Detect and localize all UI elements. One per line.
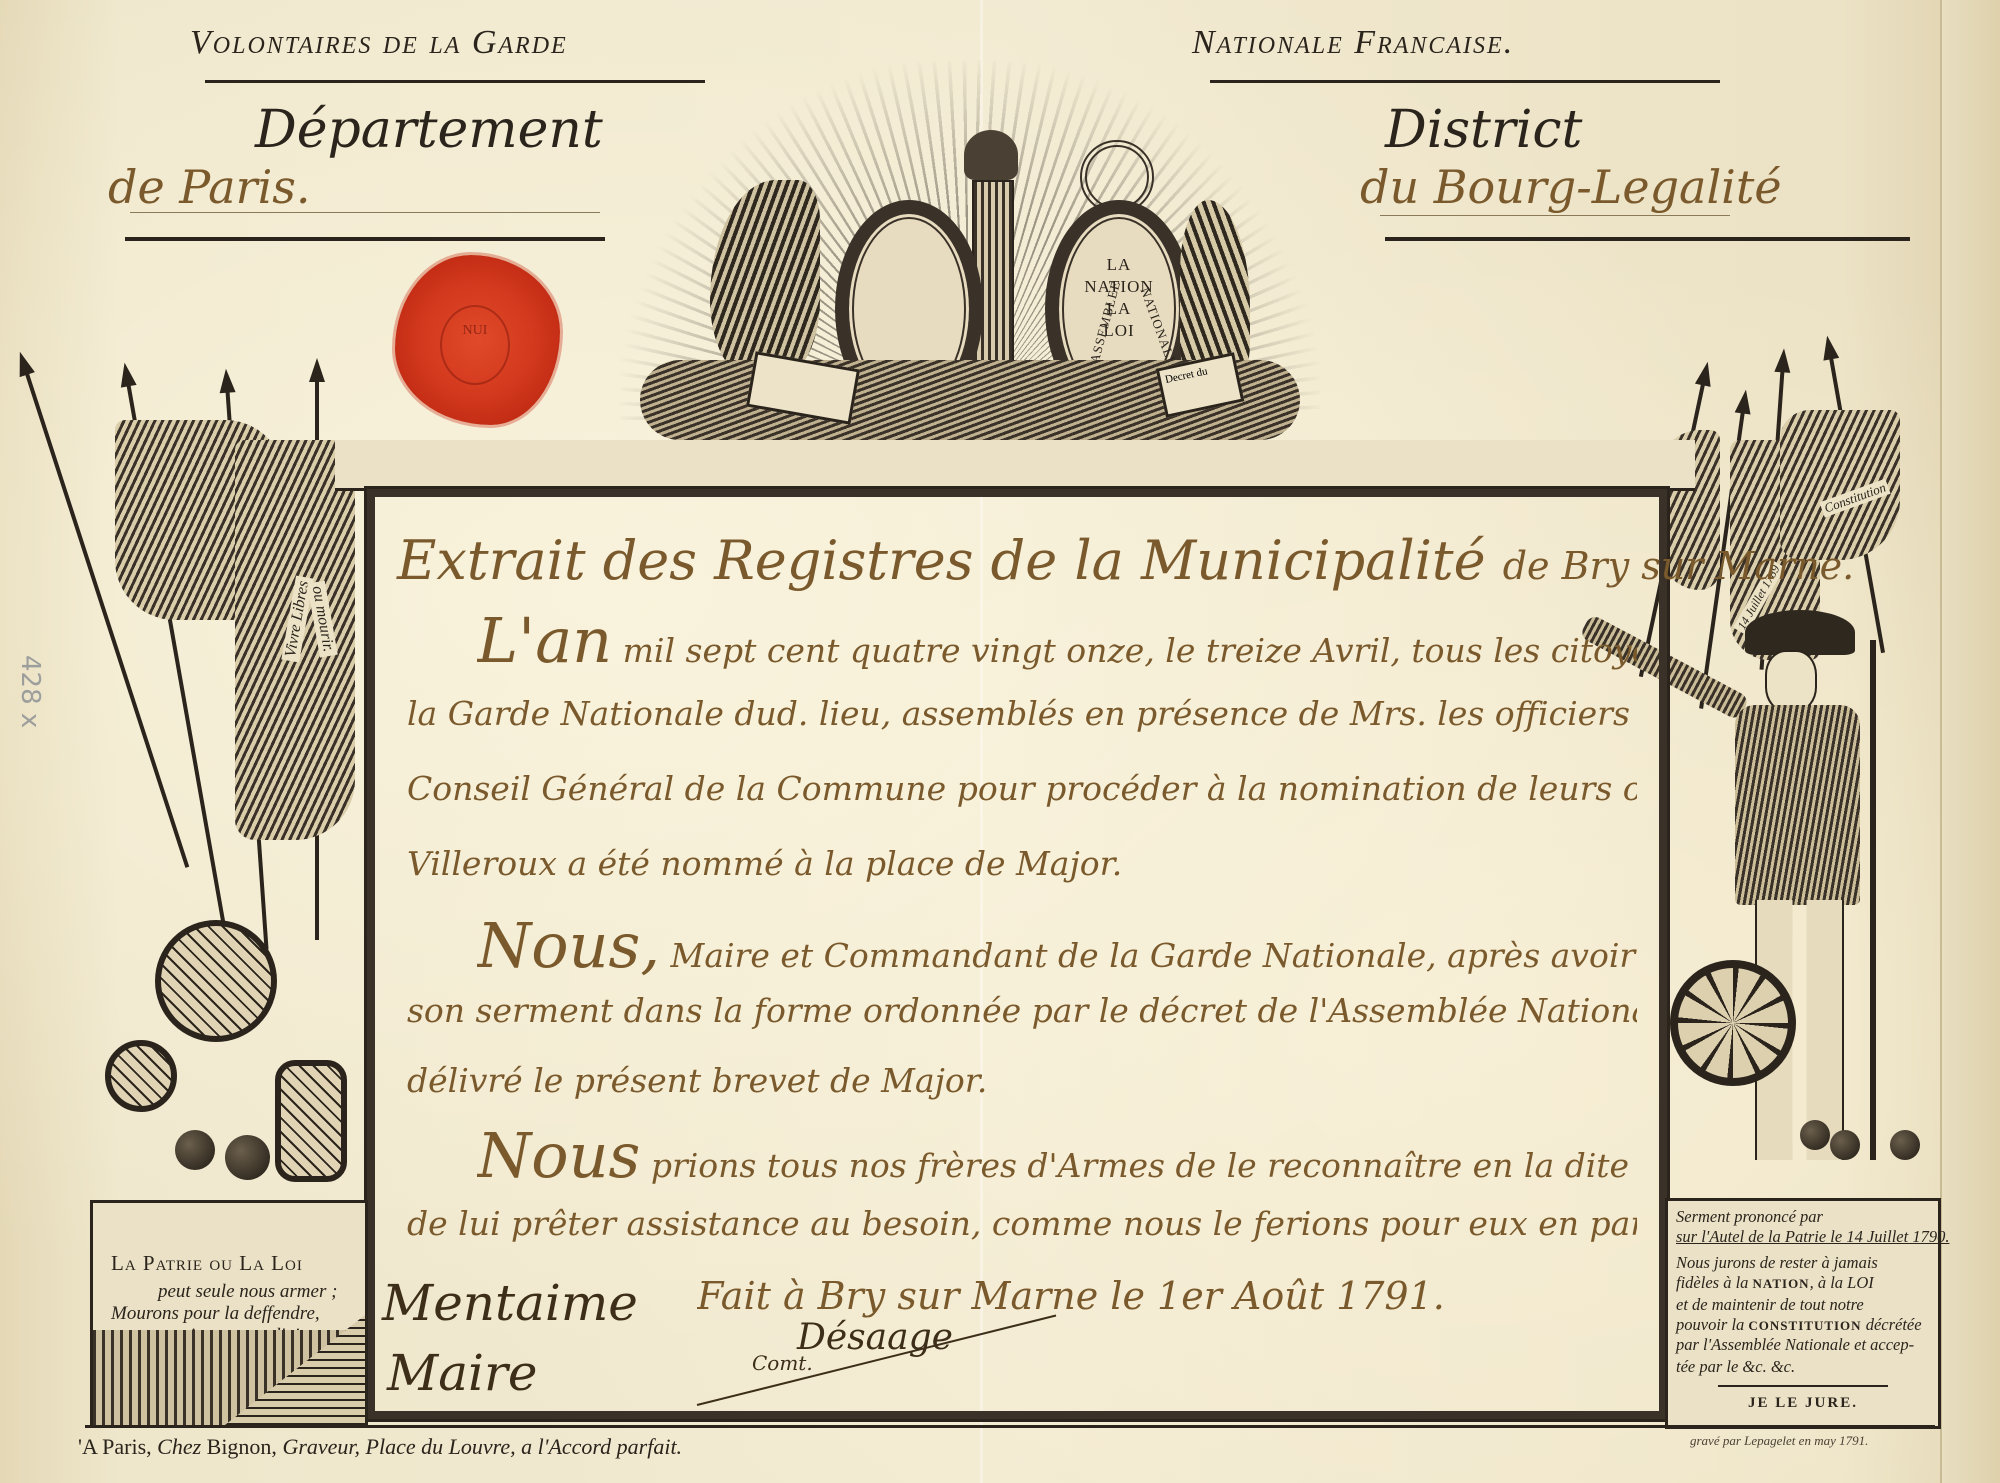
header-title-left: Volontaires de la Garde xyxy=(190,24,568,62)
cannonball-icon xyxy=(225,1135,270,1180)
vignette-line-1: peut seule nous armer ; xyxy=(158,1281,337,1303)
signature-commandant: Désaage xyxy=(797,1317,953,1358)
serment-line-2: fidèles à la NATION, à la LOI xyxy=(1676,1273,1932,1293)
drum-icon xyxy=(155,920,277,1042)
district-value: du Bourg-Legalité xyxy=(1360,160,1782,214)
bicorne-hat-icon xyxy=(1745,610,1855,655)
cartouche-ledge xyxy=(335,440,1695,491)
serment-line-4: pouvoir la CONSTITUTION décrétée xyxy=(1676,1315,1932,1335)
oath-je-le-jure: JE LE JURE. xyxy=(1668,1395,1938,1412)
serment-line-6: tée par le &c. &c. xyxy=(1676,1357,1932,1377)
signature-commandant-title: Comt. xyxy=(752,1351,813,1375)
serment-heading-1: Serment prononcé par xyxy=(1676,1207,1932,1227)
cannonball-icon xyxy=(1890,1130,1920,1160)
certificate-text-frame: Extrait des Registres de la Municipalité… xyxy=(364,486,1670,1422)
paper-edge-strip xyxy=(1940,0,2000,1483)
signature-mayor: Mentaime xyxy=(382,1274,638,1332)
bucket-icon xyxy=(275,1060,347,1182)
departement-label: Département xyxy=(255,100,603,160)
musket-icon xyxy=(1870,640,1876,1160)
signature-mayor-title: Maire xyxy=(387,1344,538,1402)
vignette-line-2: Mourons pour la deffendre, xyxy=(111,1303,320,1325)
body-line-3: Conseil Général de la Commune pour procé… xyxy=(407,769,1637,808)
body-line-6: son serment dans la forme ordonnée par l… xyxy=(407,991,1637,1030)
departement-value: de Paris. xyxy=(108,160,311,214)
closing-place-date: Fait à Bry sur Marne le 1er Août 1791. xyxy=(697,1274,1637,1318)
pencil-margin-note: 428 x xyxy=(15,655,45,728)
body-line-1: L'an mil sept cent quatre vingt onze, le… xyxy=(477,604,1637,677)
serment-line-3: et de maintenir de tout notre xyxy=(1676,1295,1932,1315)
soldier-face xyxy=(1765,650,1817,712)
soldier-coat xyxy=(1735,705,1860,905)
body-line-8: Nous prions tous nos frères d'Armes de l… xyxy=(477,1119,1637,1192)
national-guard-soldier xyxy=(1735,600,1855,1170)
trumpet-bell-icon xyxy=(105,1040,177,1112)
bottom-rule xyxy=(85,1425,1935,1428)
serment-rule xyxy=(1718,1385,1888,1387)
body-line-9: de lui prêter assistance au besoin, comm… xyxy=(407,1204,1637,1243)
body-line-7: délivré le présent brevet de Major. xyxy=(407,1061,1637,1100)
header-title-right: Nationale Francaise. xyxy=(1192,24,1514,62)
engraver-credit: gravé par Lepagelet en may 1791. xyxy=(1690,1433,1868,1449)
serment-line-5: par l'Assemblée Nationale et accep- xyxy=(1676,1335,1932,1355)
left-trophy-of-arms: Vivre Libres ou mourir. xyxy=(85,360,365,1200)
district-rule xyxy=(1385,237,1910,241)
body-line-2: la Garde Nationale dud. lieu, assemblés … xyxy=(407,694,1637,733)
revolutionary-emblem: LA NATION LA LOI ASSEMBLEE NATIONALE 178… xyxy=(620,60,1320,440)
vignette-patrie-loi: La Patrie ou La Loi peut seule nous arme… xyxy=(90,1200,368,1428)
printer-imprint: 'A Paris, Chez Bignon, Graveur, Place du… xyxy=(78,1434,682,1460)
liberty-cap-icon xyxy=(964,130,1018,180)
cannonball-icon xyxy=(175,1130,215,1170)
seal-inscription: NUI xyxy=(440,305,510,385)
departement-underline xyxy=(130,212,600,213)
cannon-wheel-icon xyxy=(1670,960,1796,1086)
body-line-5: Nous, Maire et Commandant de la Garde Na… xyxy=(477,909,1637,982)
vignette-serment: Serment prononcé par sur l'Autel de la P… xyxy=(1665,1198,1941,1429)
certificate-title: Extrait des Registres de la Municipalité… xyxy=(397,529,1854,592)
vignette-heading: La Patrie ou La Loi xyxy=(111,1251,303,1276)
cannonball-icon xyxy=(1830,1130,1860,1160)
departement-rule xyxy=(125,237,605,241)
district-underline xyxy=(1380,215,1730,216)
serment-heading-2: sur l'Autel de la Patrie le 14 Juillet 1… xyxy=(1676,1227,1932,1247)
cannonball-icon xyxy=(1800,1120,1830,1150)
district-label: District xyxy=(1385,100,1582,160)
serment-line-1: Nous jurons de rester à jamais xyxy=(1676,1253,1932,1273)
red-wax-seal: NUI xyxy=(395,255,560,425)
body-line-4: Villeroux a été nommé à la place de Majo… xyxy=(407,844,1637,883)
